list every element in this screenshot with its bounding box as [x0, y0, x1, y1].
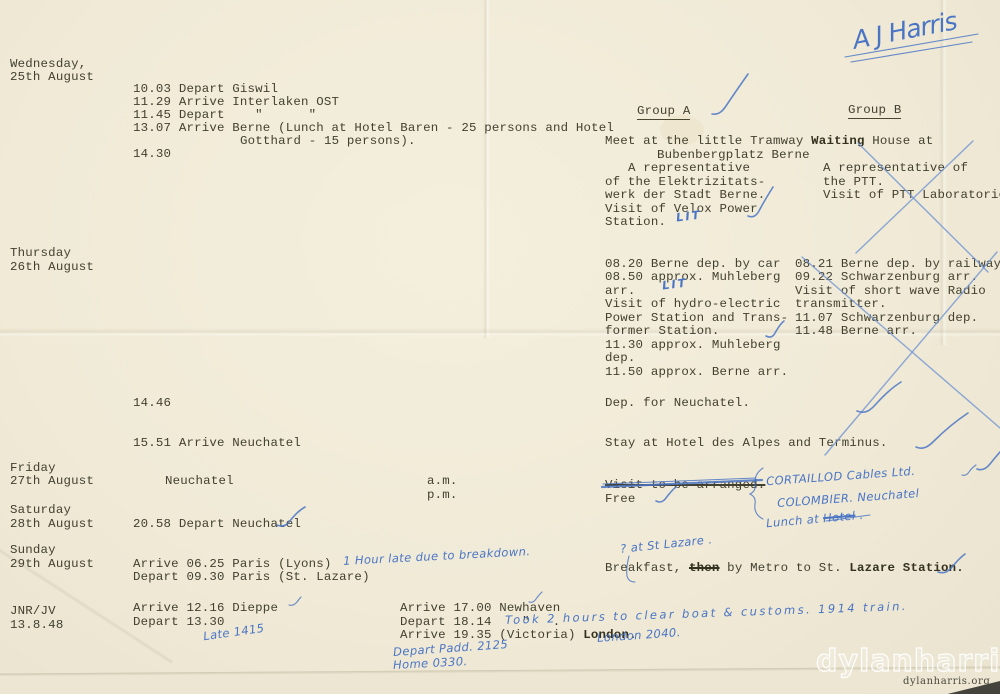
typed-line-stay-hotel: Stay at Hotel des Alpes and Terminus.: [605, 436, 888, 450]
group-b-rep-1: A representative of: [823, 161, 968, 175]
date-label-25-aug: 25th August: [10, 70, 94, 84]
typed-line-depart-giswil: 10.03 Depart Giswil: [133, 82, 278, 96]
typed-line-dep-neuchatel: Dep. for Neuchatel.: [605, 396, 750, 410]
day-label-friday: Friday: [10, 461, 56, 475]
scanned-itinerary-document: Wednesday, 25th August Thursday 26th Aug…: [0, 0, 1000, 694]
thu-b-line-5: 11.07 Schwarzenburg dep.: [795, 311, 978, 325]
brace-cortaillod: [750, 468, 763, 519]
typed-line-am: a.m.: [427, 474, 458, 488]
thu-a-line-1: 08.20 Berne dep. by car: [605, 257, 781, 271]
breakfast-then-struck: then: [689, 561, 720, 575]
lunch-hotel-struck: Hotel: [822, 508, 856, 525]
group-a-rep-3: werk der Stadt Berne.: [605, 188, 765, 202]
lunch-text: Lunch at: [766, 511, 824, 530]
fold-crease-vertical-left: [483, 0, 490, 338]
handwritten-home-0330: Home 0330.: [393, 654, 468, 672]
thu-b-line-4: transmitter.: [795, 297, 887, 311]
day-label-sunday: Sunday: [10, 543, 56, 557]
tick-mark-cortaillod: [962, 465, 976, 475]
meet-text: Meet at the little Tramway: [605, 134, 811, 148]
date-label-26-aug: 26th August: [10, 260, 94, 274]
meet-text-bold: Waiting: [811, 134, 864, 148]
typed-line-1430: 14.30: [133, 147, 171, 161]
typed-line-1551: 15.51 Arrive Neuchatel: [133, 436, 301, 450]
group-a-header: Group A: [637, 104, 690, 120]
group-a-rep-1: A representative: [628, 161, 750, 175]
thu-a-line-7: 11.30 approx. Muhleberg: [605, 338, 781, 352]
group-b-rep-3: Visit of PTT Laboratories.: [823, 188, 1000, 202]
date-label-27-aug: 27th August: [10, 474, 94, 488]
day-label-wednesday: Wednesday,: [10, 57, 86, 71]
typed-line-arrive-dieppe: Arrive 12.16 Dieppe: [133, 601, 278, 615]
typed-line-pm: p.m.: [427, 488, 458, 502]
meet-text-tail: House at: [865, 134, 934, 148]
typed-line-depart-ditto: 11.45 Depart " ": [133, 108, 316, 122]
thu-a-line-5: Power Station and Trans-: [605, 311, 788, 325]
tick-mark-dep-neuchatel: [857, 382, 901, 412]
thu-a-line-6: former Station.: [605, 324, 720, 338]
thu-a-line-2: 08.50 approx. Muhleberg: [605, 270, 781, 284]
group-b-rep-2: the PTT.: [823, 175, 884, 189]
breakfast-text: Breakfast,: [605, 561, 689, 575]
group-b-header: Group B: [848, 103, 901, 119]
typed-line-arrive-paris: Arrive 06.25 Paris (Lyons): [133, 557, 332, 571]
lunch-period: .: [855, 508, 864, 523]
handwritten-colombier: COLOMBIER. Neuchatel: [777, 486, 920, 510]
group-a-rep-5: Station.: [605, 215, 666, 229]
thu-b-line-3: Visit of short wave Radio: [795, 284, 986, 298]
typed-line-arrive-berne: 13.07 Arrive Berne (Lunch at Hotel Baren…: [133, 121, 614, 135]
handwritten-lit-1: LIT: [675, 208, 702, 225]
doc-date-label: 13.8.48: [10, 618, 63, 632]
watermark-small: dylanharris.org: [903, 676, 990, 687]
thu-b-line-6: 11.48 Berne arr.: [795, 324, 917, 338]
group-a-rep-2: of the Elektrizitats-: [605, 175, 765, 189]
breakfast-metro-text: by Metro to St.: [720, 561, 850, 575]
typed-line-gotthard: Gotthard - 15 persons).: [240, 134, 416, 148]
handwritten-late-note: 1 Hour late due to breakdown.: [343, 544, 531, 568]
handwritten-cortaillod: CORTAILLOD Cables Ltd.: [766, 464, 916, 488]
thu-b-line-2: 09.22 Schwarzenburg arr.: [795, 270, 978, 284]
typed-line-breakfast: Breakfast, then by Metro to St. Lazare S…: [605, 561, 964, 575]
thu-a-line-9: 11.50 approx. Berne arr.: [605, 365, 788, 379]
thu-a-line-3: arr.: [605, 284, 636, 298]
typed-line-2058-depart: 20.58 Depart Neuchatel: [133, 517, 301, 531]
breakfast-lazare-bold: Lazare Station.: [849, 561, 964, 575]
tick-mark-dieppe: [289, 597, 301, 605]
typed-line-free: Free: [605, 492, 636, 506]
handwritten-customs-note: Took 2 hours to clear boat & customs. 19…: [505, 599, 908, 627]
day-label-thursday: Thursday: [10, 246, 71, 260]
tick-mark-stay-hotel: [916, 413, 968, 448]
typed-line-neuchatel: Neuchatel: [165, 474, 234, 488]
date-label-29-aug: 29th August: [10, 557, 94, 571]
thu-b-line-1: 08.21 Berne dep. by railway: [795, 257, 1000, 271]
signature: A J Harris: [850, 6, 959, 55]
typed-line-meet: Meet at the little Tramway Waiting House…: [605, 134, 933, 148]
handwritten-lunch-hotel: Lunch at Hotel .: [766, 508, 865, 530]
initials-label: JNR/JV: [10, 604, 56, 618]
thu-a-line-4: Visit of hydro-electric: [605, 297, 781, 311]
typed-line-visit-arranged-struck: Visit to be arranged.: [605, 478, 765, 492]
watermark-large: dylanharris.org: [816, 644, 1000, 679]
typed-line-arrive-interlaken: 11.29 Arrive Interlaken OST: [133, 95, 339, 109]
typed-line-1446: 14.46: [133, 396, 171, 410]
typed-line-bubenbergplatz: Bubenbergplatz Berne: [657, 148, 810, 162]
tick-mark-margin: [977, 450, 1000, 470]
date-label-28-aug: 28th August: [10, 517, 94, 531]
typed-line-depart-1330: Depart 13.30: [133, 615, 225, 629]
typed-line-depart-paris: Depart 09.30 Paris (St. Lazare): [133, 570, 370, 584]
handwritten-st-lazare-insert: ? at St Lazare .: [620, 532, 713, 556]
day-label-saturday: Saturday: [10, 503, 71, 517]
handwritten-lit-2: LIT: [661, 276, 688, 293]
thu-a-line-8: dep.: [605, 351, 636, 365]
tick-mark-group-a-header: [712, 74, 748, 114]
